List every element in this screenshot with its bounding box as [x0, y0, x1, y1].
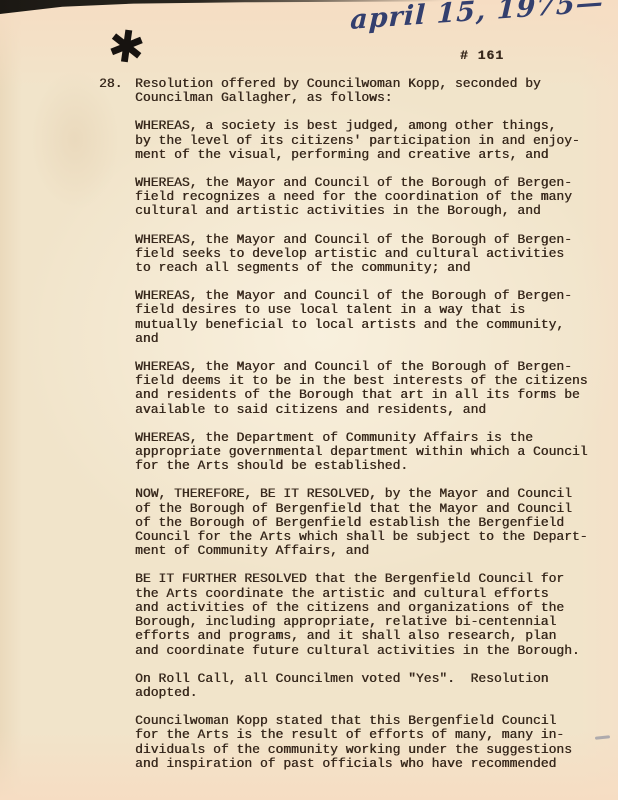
resolution-paragraph: BE IT FURTHER RESOLVED that the Bergenfi… [135, 572, 597, 657]
resolution-item-28: 28. Resolution offered by Councilwoman K… [135, 77, 597, 105]
resolution-paragraph: Councilwoman Kopp stated that this Berge… [135, 714, 597, 771]
scanned-document-page: april 15, 1975— ✱ # 161 28. Resolution o… [0, 0, 618, 800]
resolution-body: 28. Resolution offered by Councilwoman K… [135, 77, 597, 785]
handwritten-date: april 15, 1975— [350, 0, 605, 36]
asterisk-mark: ✱ [105, 20, 149, 76]
resolution-paragraph: WHEREAS, the Department of Community Aff… [135, 431, 597, 474]
resolution-paragraph: WHEREAS, the Mayor and Council of the Bo… [135, 289, 597, 346]
resolution-paragraph: WHEREAS, a society is best judged, among… [135, 119, 597, 162]
resolution-intro: Resolution offered by Councilwoman Kopp,… [135, 77, 597, 105]
resolution-paragraph: WHEREAS, the Mayor and Council of the Bo… [135, 233, 597, 276]
resolution-paragraph: WHEREAS, the Mayor and Council of the Bo… [135, 360, 597, 417]
resolution-paragraph: On Roll Call, all Councilmen voted "Yes"… [135, 672, 597, 700]
document-number: # 161 [460, 48, 504, 63]
resolution-paragraph: WHEREAS, the Mayor and Council of the Bo… [135, 176, 597, 219]
resolution-paragraph: NOW, THEREFORE, BE IT RESOLVED, by the M… [135, 487, 597, 558]
item-number: 28. [99, 77, 122, 91]
ink-speck [595, 735, 610, 740]
